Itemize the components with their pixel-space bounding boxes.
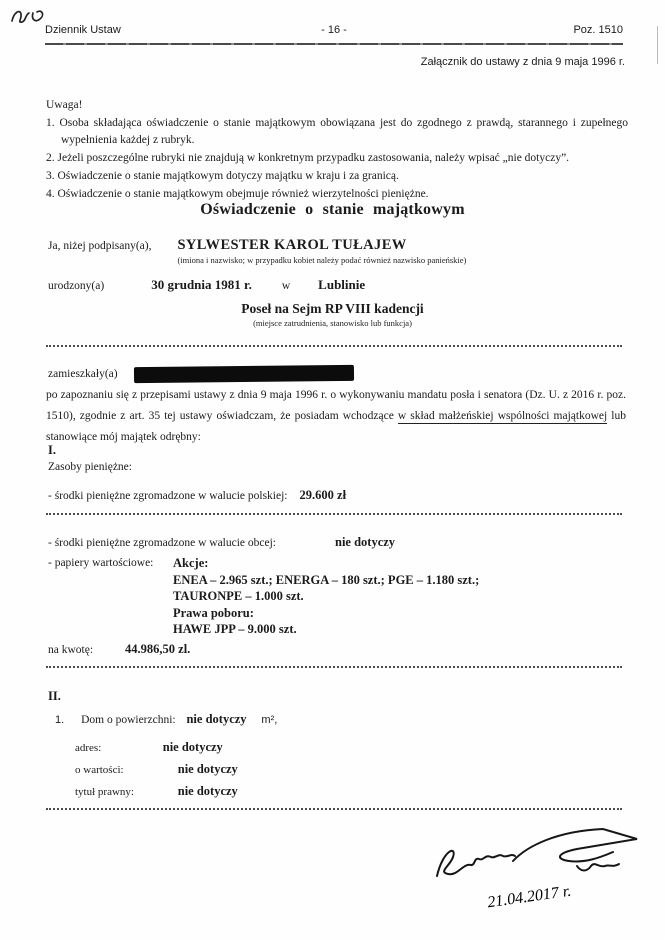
securities-label: - papiery wartościowe:	[48, 557, 153, 569]
securities-line: Akcje:	[173, 555, 479, 572]
birth-place: Lublinie	[318, 277, 365, 293]
attachment-note: Załącznik do ustawy z dnia 9 maja 1996 r…	[421, 56, 625, 68]
polish-funds-label: - środki pieniężne zgromadzone w walucie…	[48, 490, 288, 502]
securities-line: HAWE JPP – 9.000 szt.	[173, 621, 479, 638]
house-label: Dom o powierzchni:	[81, 714, 176, 726]
house-row: 1. Dom o powierzchni: nie dotyczy m²,	[55, 712, 277, 727]
address-row: adres: nie dotyczy	[75, 740, 223, 755]
journal-name: Dziennik Ustaw	[45, 24, 238, 36]
page-header: Dziennik Ustaw - 16 - Poz. 1510	[45, 24, 623, 36]
house-value: nie dotyczy	[186, 712, 246, 726]
position-caption: (miejsce zatrudnienia, stanowisko lub fu…	[0, 318, 665, 328]
notice-item-1: 1. Osoba składająca oświadczenie o stani…	[46, 115, 628, 149]
section-2-label: II.	[48, 689, 61, 704]
section-1-heading: Zasoby pieniężne:	[48, 461, 132, 473]
dotted-line	[46, 513, 622, 515]
birth-row: urodzony(a) 30 grudnia 1981 r. w Lublini…	[48, 277, 365, 293]
born-label: urodzony(a)	[48, 280, 104, 292]
page-number: - 16 -	[238, 24, 431, 36]
legal-paragraph: po zapoznaniu się z przepisami ustawy z …	[46, 385, 626, 448]
section-1-label: I.	[48, 443, 56, 458]
value-label: o wartości:	[75, 764, 175, 776]
dotted-line	[46, 345, 622, 347]
legal-title-row: tytuł prawny: nie dotyczy	[75, 784, 238, 799]
securities-lines: Akcje: ENEA – 2.965 szt.; ENERGA – 180 s…	[173, 555, 479, 638]
amount-row: na kwotę: 44.986,50 zl.	[48, 640, 190, 658]
signature-date: 21.04.2017 r.	[486, 883, 572, 912]
securities-line: Prawa poboru:	[173, 605, 479, 622]
signature-scribble	[437, 829, 637, 876]
house-unit: m²,	[261, 714, 277, 726]
legal-text-underlined: w skład małżeńskiej wspólności majątkowe…	[398, 410, 607, 424]
value-value: nie dotyczy	[178, 762, 238, 776]
notice-item-2: 2. Jeżeli poszczególne rubryki nie znajd…	[46, 150, 628, 167]
securities-line: ENEA – 2.965 szt.; ENERGA – 180 szt.; PG…	[173, 572, 479, 589]
born-in-label: w	[282, 280, 290, 292]
amount-label: na kwotę:	[48, 644, 93, 656]
signature-block: 21.04.2017 r.	[425, 818, 660, 923]
declarant-label: Ja, niżej podpisany(a),	[48, 240, 151, 252]
legal-title-value: nie dotyczy	[178, 784, 238, 798]
header-rule	[45, 43, 623, 45]
declarant-name: SYLWESTER KAROL TUŁAJEW	[177, 237, 466, 254]
value-row: o wartości: nie dotyczy	[75, 762, 238, 777]
item-number: 1.	[55, 714, 64, 726]
foreign-funds-label: - środki pieniężne zgromadzone w walucie…	[48, 537, 276, 549]
declarant-caption: (imiona i nazwisko; w przypadku kobiet n…	[177, 255, 466, 265]
form-title: Oświadczenie o stanie majątkowym	[0, 201, 665, 219]
position-value: Poseł na Sejm RP VIII kadencji	[0, 301, 665, 317]
notice-title: Uwaga!	[46, 97, 628, 114]
securities-line: TAURONPE – 1.000 szt.	[173, 588, 479, 605]
residence-label: zamieszkały(a)	[48, 368, 118, 380]
position-ref: Poz. 1510	[430, 24, 623, 36]
address-label: adres:	[75, 742, 160, 754]
document-page: Dziennik Ustaw - 16 - Poz. 1510 Załączni…	[0, 0, 665, 941]
declarant-row: Ja, niżej podpisany(a), SYLWESTER KAROL …	[48, 237, 466, 265]
birth-date: 30 grudnia 1981 r.	[151, 277, 252, 293]
scan-edge-artifact	[657, 26, 658, 64]
redaction-bar	[134, 365, 354, 383]
amount-value: 44.986,50 zl.	[125, 642, 190, 656]
polish-funds-value: 29.600 zł	[300, 488, 347, 502]
legal-title-label: tytuł prawny:	[75, 786, 175, 798]
address-value: nie dotyczy	[163, 740, 223, 754]
dotted-line	[46, 808, 622, 810]
notice-item-3: 3. Oświadczenie o stanie majątkowym doty…	[46, 168, 628, 185]
foreign-funds-value: nie dotyczy	[335, 535, 395, 549]
notice-block: Uwaga! 1. Osoba składająca oświadczenie …	[46, 97, 628, 203]
polish-funds-row: - środki pieniężne zgromadzone w walucie…	[48, 486, 346, 504]
foreign-funds-row: - środki pieniężne zgromadzone w walucie…	[48, 533, 395, 551]
dotted-line	[46, 666, 622, 668]
position-block: Poseł na Sejm RP VIII kadencji (miejsce …	[0, 301, 665, 328]
